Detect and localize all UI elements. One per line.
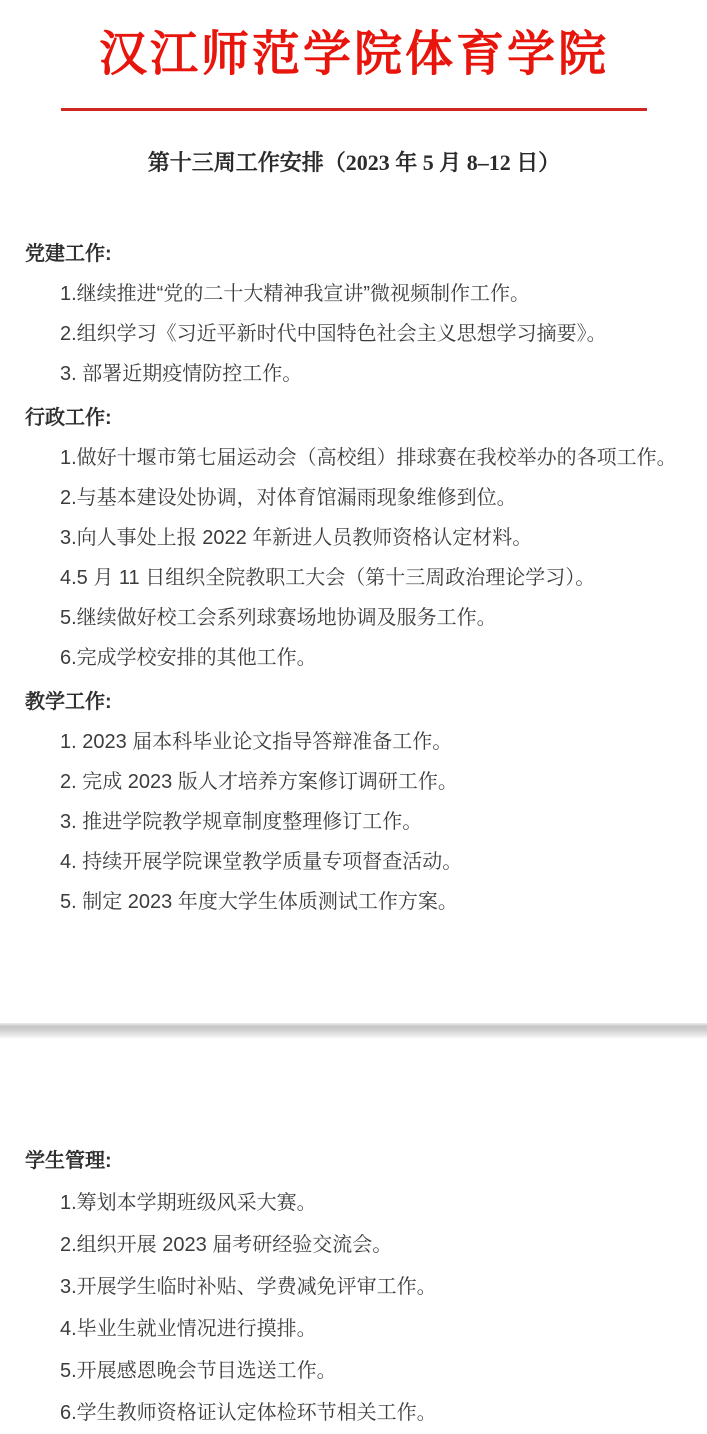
work-item: 3. 推进学院教学规章制度整理修订工作。 [60,811,683,833]
work-item: 3.开展学生临时补贴、学费减免评审工作。 [60,1276,683,1298]
work-item: 5. 制定 2023 年度大学生体质测试工作方案。 [60,891,683,913]
page-1: 汉江师范学院体育学院 第十三周工作安排（2023 年 5 月 8–12 日） 党… [0,0,707,1023]
work-item: 2.组织学习《习近平新时代中国特色社会主义思想学习摘要》。 [60,323,683,345]
work-item: 3. 部署近期疫情防控工作。 [60,363,683,385]
section-heading: 教学工作: [25,691,683,713]
work-item: 1.做好十堰市第七届运动会（高校组）排球赛在我校举办的各项工作。 [60,447,683,469]
work-item: 4.毕业生就业情况进行摸排。 [60,1318,683,1340]
work-item: 5.开展感恩晚会节目选送工作。 [60,1360,683,1382]
section-heading: 党建工作: [25,243,683,265]
work-item: 3.向人事处上报 2022 年新进人员教师资格认定材料。 [60,527,683,549]
section-heading: 学生管理: [25,1150,683,1172]
page-2: 学生管理: 1.筹划本学期班级风采大赛。 2.组织开展 2023 届考研经验交流… [0,1038,707,1434]
work-item: 5.继续做好校工会系列球赛场地协调及服务工作。 [60,607,683,629]
work-item: 2.与基本建设处协调，对体育馆漏雨现象维修到位。 [60,487,683,509]
work-item: 2.组织开展 2023 届考研经验交流会。 [60,1234,683,1256]
title-divider [61,108,647,111]
section-student-management: 学生管理: 1.筹划本学期班级风采大赛。 2.组织开展 2023 届考研经验交流… [25,1150,683,1424]
work-item: 2. 完成 2023 版人才培养方案修订调研工作。 [60,771,683,793]
work-item: 1. 2023 届本科毕业论文指导答辩准备工作。 [60,731,683,753]
section-teaching: 教学工作: 1. 2023 届本科毕业论文指导答辩准备工作。 2. 完成 202… [25,691,683,913]
work-item: 4. 持续开展学院课堂教学质量专项督查活动。 [60,851,683,873]
work-item: 1.筹划本学期班级风采大赛。 [60,1192,683,1214]
work-item: 6.学生教师资格证认定体检环节相关工作。 [60,1402,683,1424]
section-party-building: 党建工作: 1.继续推进“党的二十大精神我宣讲”微视频制作工作。 2.组织学习《… [25,243,683,385]
work-item: 1.继续推进“党的二十大精神我宣讲”微视频制作工作。 [60,283,683,305]
section-heading: 行政工作: [25,407,683,429]
document-subtitle: 第十三周工作安排（2023 年 5 月 8–12 日） [25,149,683,177]
page-title: 汉江师范学院体育学院 [25,22,683,88]
section-administrative: 行政工作: 1.做好十堰市第七届运动会（高校组）排球赛在我校举办的各项工作。 2… [25,407,683,669]
document-viewer: 汉江师范学院体育学院 第十三周工作安排（2023 年 5 月 8–12 日） 党… [0,0,707,1434]
work-item: 6.完成学校安排的其他工作。 [60,647,683,669]
work-item: 4.5 月 11 日组织全院教职工大会（第十三周政治理论学习）。 [60,567,683,589]
page-break-shadow [0,1023,707,1038]
